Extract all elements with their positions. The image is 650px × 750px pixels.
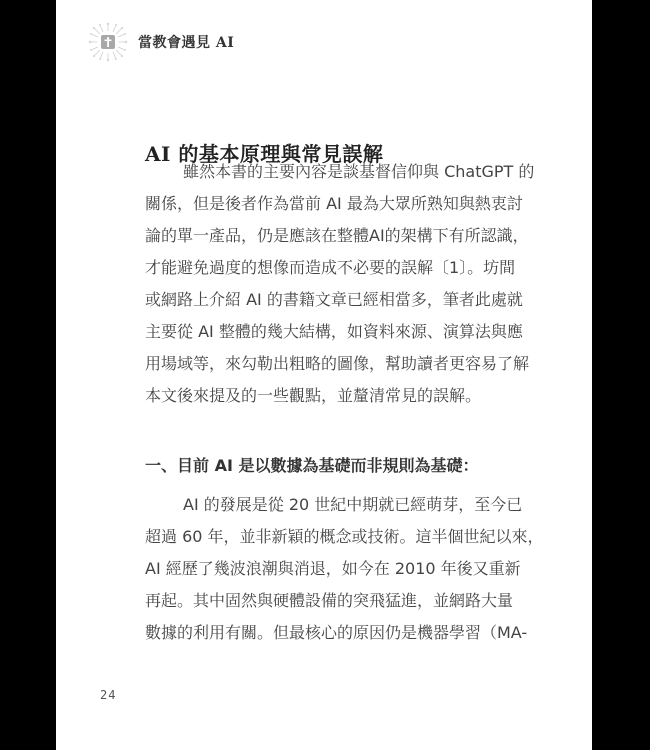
- book-title: 當教會遇見 AI: [138, 32, 234, 52]
- paragraph-ai-history: AI 的發展是從 20 世紀中期就已經萌芽，至今已 超過 60 年，並非新穎的概…: [145, 489, 487, 649]
- page-number: 24: [100, 688, 116, 702]
- book-page: 當教會遇見 AI AI 的基本原理與常見誤解 雖然本書的主要內容是談基督信仰與 …: [56, 0, 592, 750]
- text-line: 再起。其中固然與硬體設備的突飛猛進，並網路大量: [145, 585, 487, 617]
- text-line: AI 的發展是從 20 世紀中期就已經萌芽，至今已: [145, 489, 487, 521]
- text-line: 論的單一產品，仍是應該在整體AI的架構下有所認識，: [145, 220, 487, 252]
- text-line: 主要從 AI 整體的幾大結構，如資料來源、演算法與應: [145, 316, 487, 348]
- text-line: AI 經歷了幾波浪潮與消退，如今在 2010 年後又重新: [145, 553, 487, 585]
- running-header: 當教會遇見 AI: [88, 22, 234, 62]
- cross-sunburst-icon: [88, 22, 128, 62]
- text-line: 本文後來提及的一些觀點，並釐清常見的誤解。: [145, 380, 487, 412]
- text-line: 關係，但是後者作為當前 AI 最為大眾所熟知與熱衷討: [145, 188, 487, 220]
- text-line: 才能避免過度的想像而造成不必要的誤解〔1〕。坊間: [145, 252, 487, 284]
- text-line: 或網路上介紹 AI 的書籍文章已經相當多，筆者此處就: [145, 284, 487, 316]
- paragraph-intro: 雖然本書的主要內容是談基督信仰與 ChatGPT 的 關係，但是後者作為當前 A…: [145, 156, 487, 412]
- text-line: 數據的利用有關。但最核心的原因仍是機器學習（MA-: [145, 617, 487, 649]
- subsection-heading: 一、目前 AI 是以數據為基礎而非規則為基礎：: [145, 453, 478, 476]
- text-line: 雖然本書的主要內容是談基督信仰與 ChatGPT 的: [145, 156, 487, 188]
- text-line: 用場域等，來勾勒出粗略的圖像，幫助讀者更容易了解: [145, 348, 487, 380]
- text-line: 超過 60 年，並非新穎的概念或技術。這半個世紀以來，: [145, 521, 487, 553]
